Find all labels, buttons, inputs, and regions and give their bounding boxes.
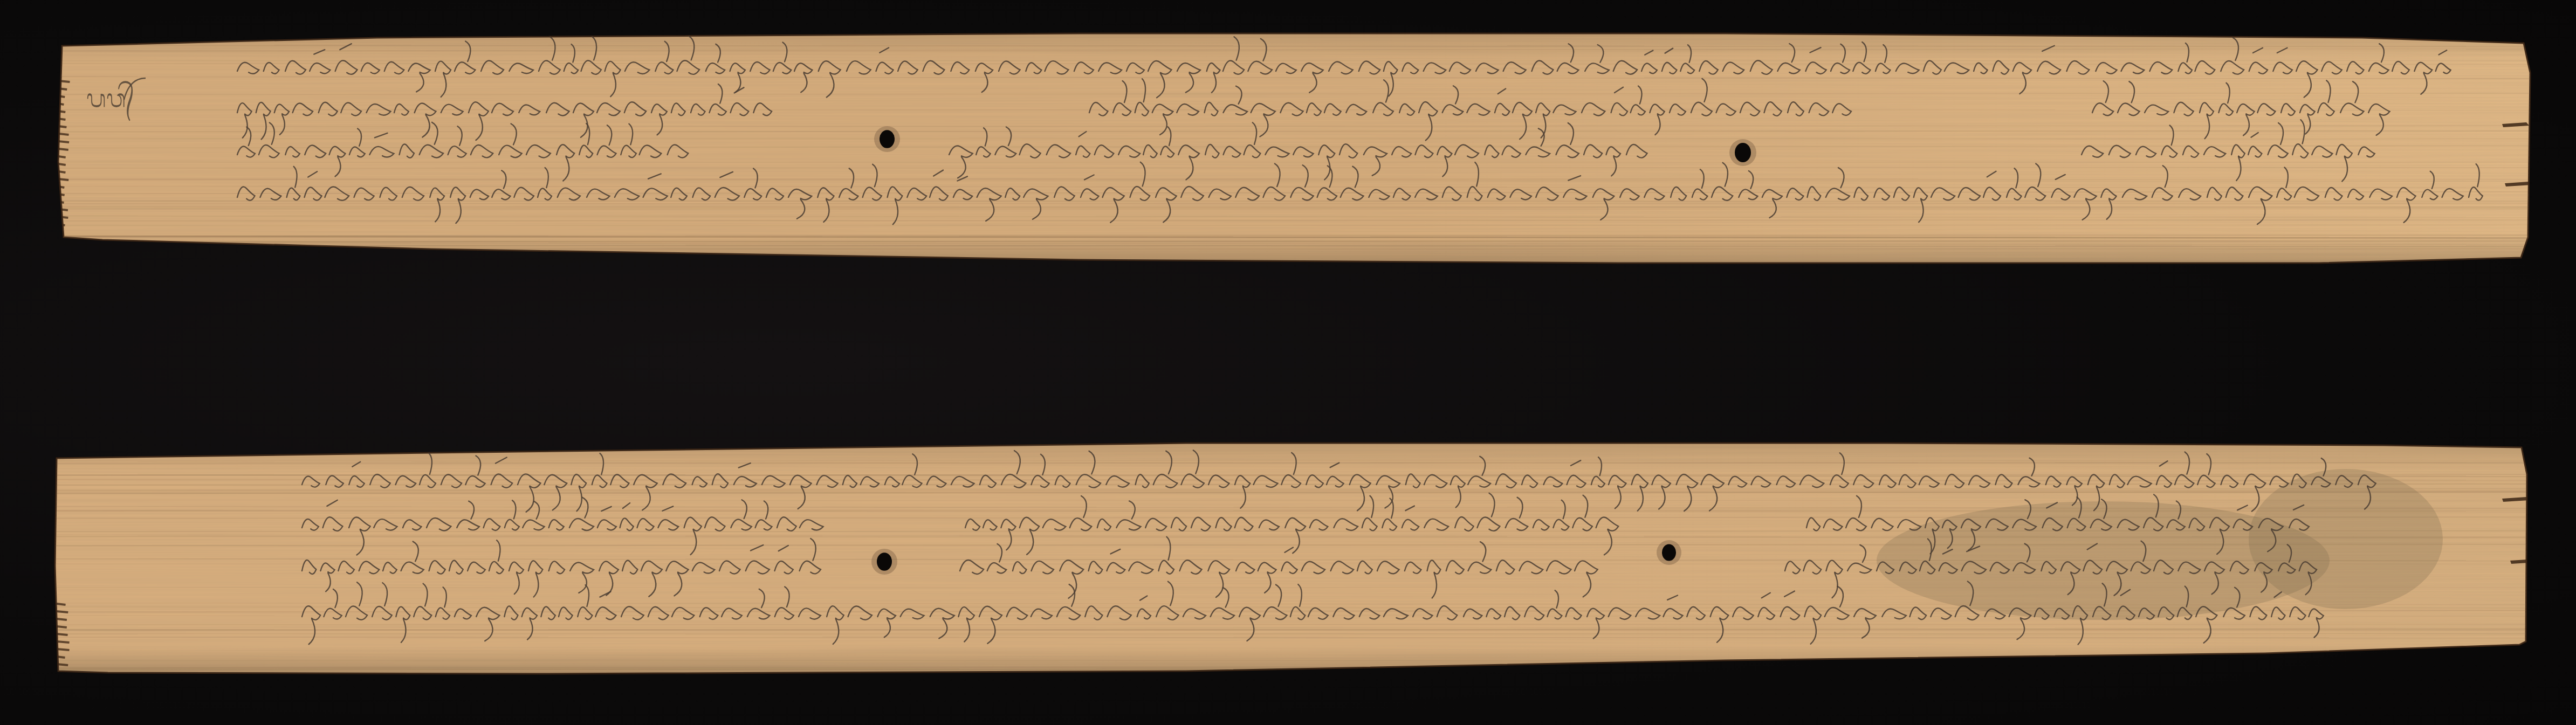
water-stain — [2249, 469, 2443, 609]
string-hole — [877, 553, 892, 571]
palm-leaf-bottom-drawing — [0, 0, 2576, 725]
string-hole — [1662, 544, 1676, 561]
